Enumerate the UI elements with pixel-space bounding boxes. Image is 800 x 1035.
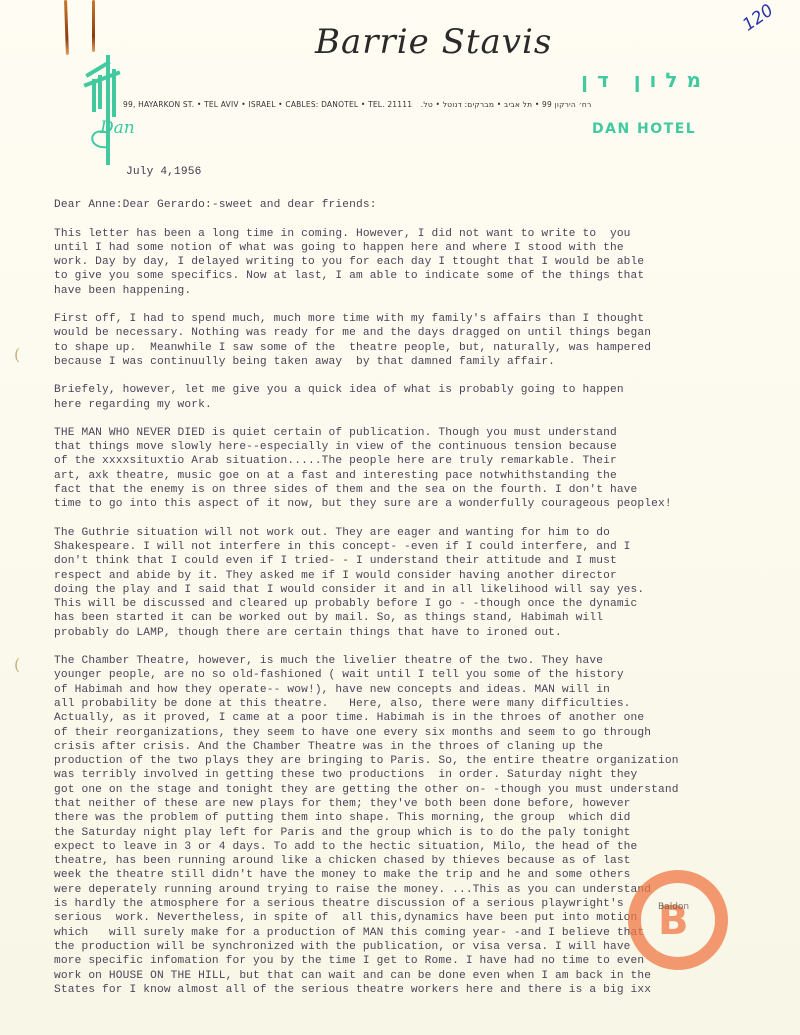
letterhead-address: 99, HAYARKON ST. • TEL AVIV • ISRAEL • C… — [123, 100, 723, 109]
text-line: fact that the enemy is on three sides of… — [54, 483, 774, 497]
text-line: have been happening. — [54, 284, 774, 298]
text-line: expect to leave in 3 or 4 days. To add t… — [54, 840, 774, 854]
text-line: all probability be done at this theatre.… — [54, 697, 774, 711]
text-line: until I had some notion of what was goin… — [54, 241, 774, 255]
letter-paragraph: This letter has been a long time in comi… — [54, 227, 774, 298]
text-line: Shakespeare. I will not interfere in thi… — [54, 540, 774, 554]
text-line: crisis after crisis. And the Chamber The… — [54, 740, 774, 754]
letter-paragraph: The Guthrie situation will not work out.… — [54, 526, 774, 640]
address-hebrew: רח׳ הירקון 99 • תל אביב • מברקים: דנוטל … — [421, 100, 592, 109]
address-english: 99, HAYARKON ST. • TEL AVIV • ISRAEL • C… — [123, 100, 412, 109]
letter-paragraph: First off, I had to spend much, much mor… — [54, 312, 774, 369]
text-line: there was the problem of putting them in… — [54, 811, 774, 825]
text-line: of their reorganizations, they seem to h… — [54, 726, 774, 740]
text-line: that neither of these are new plays for … — [54, 797, 774, 811]
margin-mark: ( — [14, 655, 20, 674]
text-line: This will be discussed and cleared up pr… — [54, 597, 774, 611]
binding-thread — [92, 0, 95, 52]
hotel-name-hebrew: מלון דן — [581, 68, 710, 92]
text-line: doing the play and I said that I would c… — [54, 583, 774, 597]
logo-script-text: Dan — [100, 118, 135, 138]
text-line: Briefely, however, let me give you a qui… — [54, 383, 774, 397]
text-line: time to go into this aspect of it now, b… — [54, 497, 774, 511]
text-line: has been started it can be worked out by… — [54, 611, 774, 625]
text-line: work on HOUSE ON THE HILL, but that can … — [54, 969, 774, 983]
text-line: art, axk theatre, music goe on at a fast… — [54, 469, 774, 483]
handwritten-signature: Barrie Stavis — [315, 22, 552, 62]
text-line: work. Day by day, I delayed writing to y… — [54, 255, 774, 269]
text-line: to give you some specifics. Now at last,… — [54, 269, 774, 283]
letter-paragraph: THE MAN WHO NEVER DIED is quiet certain … — [54, 426, 774, 512]
text-line: production of the two plays they are bri… — [54, 754, 774, 768]
text-line: would be necessary. Nothing was ready fo… — [54, 326, 774, 340]
text-line: States for I know almost all of the seri… — [54, 983, 774, 997]
dan-hotel-logo-icon — [78, 55, 148, 165]
text-line: probably do LAMP, though there are certa… — [54, 626, 774, 640]
text-line: got one on the stage and tonight they ar… — [54, 783, 774, 797]
text-line: of Habimah and how they operate-- wow!),… — [54, 683, 774, 697]
text-line: THE MAN WHO NEVER DIED is quiet certain … — [54, 426, 774, 440]
letter-date: July 4,1956 — [126, 165, 774, 179]
text-line: younger people, are no so old-fashioned … — [54, 668, 774, 682]
text-line: here regarding my work. — [54, 398, 774, 412]
text-line: theatre, has been running around like a … — [54, 854, 774, 868]
text-line: Actually, as it proved, I came at a poor… — [54, 711, 774, 725]
text-line: First off, I had to spend much, much mor… — [54, 312, 774, 326]
text-line: to shape up. Meanwhile I saw some of the… — [54, 341, 774, 355]
letter-paragraph: Briefely, however, let me give you a qui… — [54, 383, 774, 412]
letter-salutation: Dear Anne:Dear Gerardo:-sweet and dear f… — [54, 198, 774, 212]
text-line: because I was continuully being taken aw… — [54, 355, 774, 369]
margin-mark: ( — [14, 345, 20, 364]
stamp-text: Baldon — [658, 902, 689, 912]
text-line: don't think that I could even if I tried… — [54, 554, 774, 568]
text-line: This letter has been a long time in comi… — [54, 227, 774, 241]
text-line: The Chamber Theatre, however, is much th… — [54, 654, 774, 668]
hotel-name: DAN HOTEL — [592, 121, 696, 137]
text-line: that things move slowly here--especially… — [54, 440, 774, 454]
text-line: was terribly involved in getting these t… — [54, 768, 774, 782]
text-line: The Guthrie situation will not work out.… — [54, 526, 774, 540]
text-line: of the xxxxsituxtio Arab situation.....T… — [54, 454, 774, 468]
text-line: the Saturday night play left for Paris a… — [54, 826, 774, 840]
text-line: respect and abide by it. They asked me i… — [54, 569, 774, 583]
